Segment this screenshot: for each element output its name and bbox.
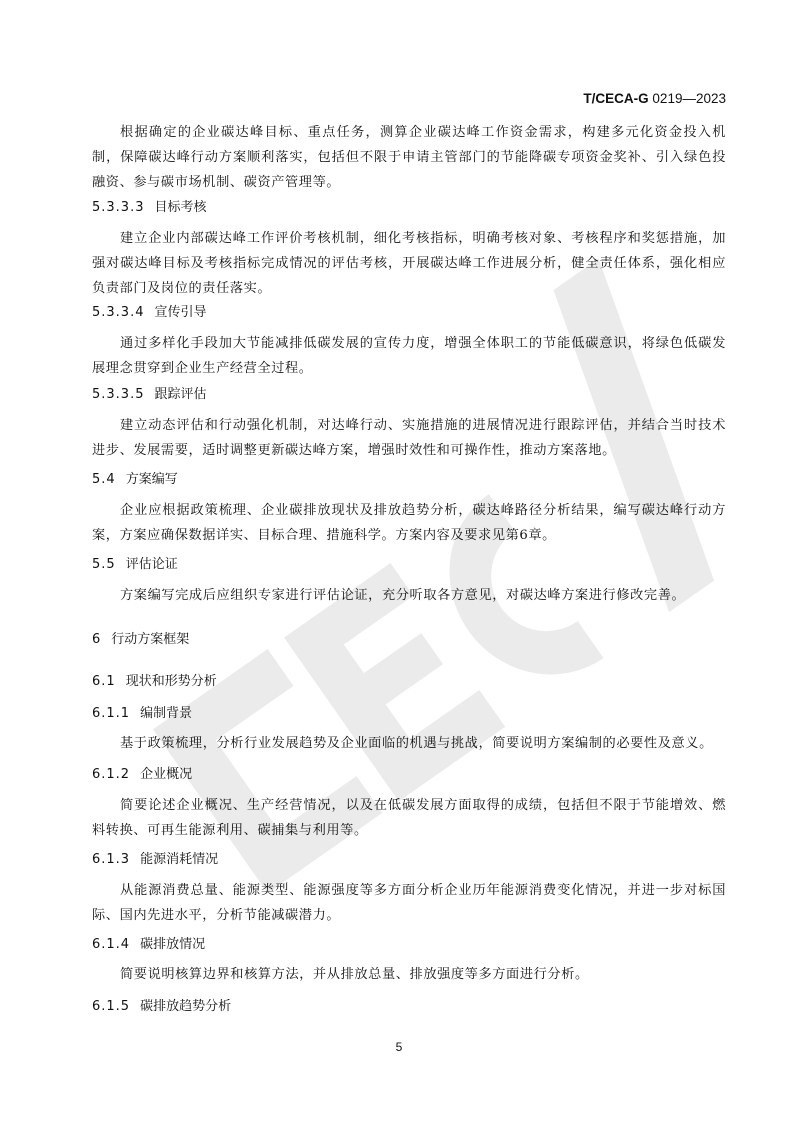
heading-6-1: 6.1现状和形势分析 xyxy=(92,673,217,691)
standard-code-number: 0219—2023 xyxy=(649,91,726,106)
paragraph-plan-writing: 企业应根据政策梳理、企业碳排放现状及排放趋势分析，碳达峰路径分析结果，编写碳达峰… xyxy=(92,498,726,548)
heading-5-4: 5.4方案编写 xyxy=(92,471,178,489)
section-number: 6.1 xyxy=(92,673,116,691)
paragraph-target-assessment: 建立企业内部碳达峰工作评价考核机制，细化考核指标，明确考核对象、考核程序和奖惩措… xyxy=(92,226,726,301)
section-title: 目标考核 xyxy=(154,200,206,215)
document-page: T/CECA-G 0219—2023 根据确定的企业碳达峰目标、重点任务，测算企… xyxy=(0,0,798,1129)
paragraph-evaluation: 方案编写完成后应组织专家进行评估论证，充分听取各方意见，对碳达峰方案进行修改完善… xyxy=(92,583,726,608)
section-title: 方案编写 xyxy=(126,472,178,487)
section-title: 碳排放趋势分析 xyxy=(140,999,231,1014)
paragraph-publicity: 通过多样化手段加大节能减排低碳发展的宣传力度，增强全体职工的节能低碳意识，将绿色… xyxy=(92,331,726,381)
heading-6: 6行动方案框架 xyxy=(92,631,189,649)
section-title: 碳排放情况 xyxy=(140,937,205,952)
section-number: 6.1.1 xyxy=(92,705,130,723)
section-title: 跟踪评估 xyxy=(154,387,206,402)
section-number: 5.4 xyxy=(92,471,116,489)
heading-6-1-1: 6.1.1编制背景 xyxy=(92,705,192,723)
section-title: 宣传引导 xyxy=(154,305,206,320)
heading-5-3-3-3: 5.3.3.3目标考核 xyxy=(92,199,207,217)
paragraph-enterprise-overview: 简要论述企业概况、生产经营情况，以及在低碳发展方面取得的成绩，包括但不限于节能增… xyxy=(92,793,726,843)
section-number: 5.5 xyxy=(92,556,116,574)
paragraph-tracking: 建立动态评估和行动强化机制，对达峰行动、实施措施的进展情况进行跟踪评估，并结合当… xyxy=(92,413,726,463)
section-title: 编制背景 xyxy=(140,706,192,721)
section-title: 行动方案框架 xyxy=(111,632,189,647)
section-title: 评估论证 xyxy=(126,557,178,572)
heading-5-3-3-4: 5.3.3.4宣传引导 xyxy=(92,304,207,322)
heading-6-1-2: 6.1.2企业概况 xyxy=(92,766,192,784)
standard-code-prefix: T/CECA-G xyxy=(583,91,648,106)
section-number: 6.1.4 xyxy=(92,936,130,954)
section-title: 企业概况 xyxy=(140,767,192,782)
heading-6-1-5: 6.1.5碳排放趋势分析 xyxy=(92,998,231,1016)
heading-5-3-3-5: 5.3.3.5跟踪评估 xyxy=(92,386,207,404)
section-title: 能源消耗情况 xyxy=(140,852,218,867)
heading-6-1-4: 6.1.4碳排放情况 xyxy=(92,936,205,954)
section-number: 5.3.3.5 xyxy=(92,386,144,404)
heading-5-5: 5.5评估论证 xyxy=(92,556,178,574)
paragraph-carbon-emissions: 简要说明核算边界和核算方法，并从排放总量、排放强度等多方面进行分析。 xyxy=(92,962,726,987)
section-title: 现状和形势分析 xyxy=(126,674,217,689)
section-number: 6.1.5 xyxy=(92,998,130,1016)
page-number: 5 xyxy=(0,1040,798,1054)
section-number: 5.3.3.3 xyxy=(92,199,144,217)
standard-code: T/CECA-G 0219—2023 xyxy=(583,91,726,106)
section-number: 6.1.3 xyxy=(92,851,130,869)
section-number: 5.3.3.4 xyxy=(92,304,144,322)
section-number: 6.1.2 xyxy=(92,766,130,784)
paragraph-energy-consumption: 从能源消费总量、能源类型、能源强度等多方面分析企业历年能源消费变化情况，并进一步… xyxy=(92,878,726,928)
paragraph-background: 基于政策梳理，分析行业发展趋势及企业面临的机遇与挑战，简要说明方案编制的必要性及… xyxy=(92,731,726,756)
section-number: 6 xyxy=(92,631,101,649)
heading-6-1-3: 6.1.3能源消耗情况 xyxy=(92,851,218,869)
paragraph-funding: 根据确定的企业碳达峰目标、重点任务，测算企业碳达峰工作资金需求，构建多元化资金投… xyxy=(92,120,726,195)
